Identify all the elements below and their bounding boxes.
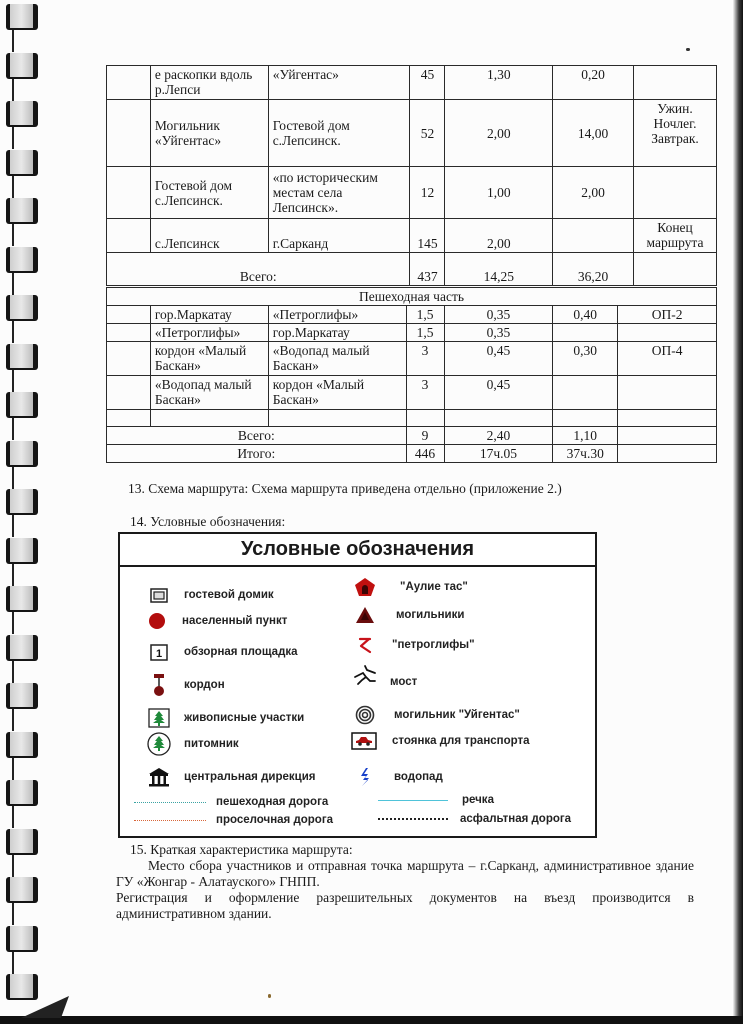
spiral-wire [12, 418, 14, 440]
cell-time-move: 2,00 [445, 100, 553, 167]
petroglyphs-icon [352, 634, 378, 656]
spiral-ring [6, 295, 38, 321]
cell-note [634, 253, 717, 286]
legend-line-dirt-road: проселочная дорога [134, 814, 333, 826]
legend-box: Условные обозначения гостевой домик насе… [118, 532, 597, 838]
cell-number [107, 376, 151, 410]
uygentas-burial-icon [352, 704, 378, 726]
cell-number [107, 100, 151, 167]
spiral-wire [12, 855, 14, 877]
cell-time-stop [553, 376, 618, 410]
cell-note: Ужин. Ночлег. Завтрак. [634, 100, 717, 167]
total-row: Итого:44617ч.0537ч.30 [107, 445, 717, 463]
cell-time-stop: 2,00 [553, 167, 634, 219]
legend-item-petroglyphs: "петроглифы" [352, 634, 475, 656]
cell-to: г.Сарканд [268, 219, 410, 253]
headquarters-icon [146, 766, 172, 788]
cell-distance: 9 [406, 427, 444, 445]
cell-time-stop: 14,00 [553, 100, 634, 167]
legend-title: Условные обозначения [120, 534, 595, 567]
cell-time-stop [553, 410, 618, 427]
spiral-wire [12, 903, 14, 925]
spiral-ring [6, 392, 38, 418]
cell-from [150, 410, 268, 427]
cell-time-move: 0,45 [444, 342, 553, 376]
spiral-ring [6, 344, 38, 370]
legend-item-aulie-tas: "Аулие тас" [352, 576, 468, 598]
spiral-wire [12, 224, 14, 246]
spiral-wire [12, 758, 14, 780]
legend-item-parking: стоянка для транспорта [350, 730, 530, 752]
spiral-binding [0, 0, 50, 1024]
legend-item-bridge: мост [352, 666, 417, 688]
cell-distance: 3 [406, 376, 444, 410]
cell-time-move: 2,40 [444, 427, 553, 445]
spiral-wire [12, 30, 14, 52]
cell-distance [406, 410, 444, 427]
cell-from: «Петроглифы» [150, 324, 268, 342]
spiral-wire [12, 952, 14, 974]
cell-note: ОП-2 [618, 306, 717, 324]
spiral-ring [6, 926, 38, 952]
cell-distance: 3 [406, 342, 444, 376]
section-15-paragraph-1: Место сбора участников и отправная точка… [116, 858, 694, 890]
page-edge-right [733, 0, 743, 1024]
cell-time-move: 2,00 [445, 219, 553, 253]
cell-note [618, 324, 717, 342]
table-row: гор.Маркатау«Петроглифы»1,50,350,40ОП-2 [107, 306, 717, 324]
legend-item-uygentas-burial: могильник "Уйгентас" [352, 704, 520, 726]
cell-subtotal-label: Всего: [107, 427, 407, 445]
spiral-ring [6, 635, 38, 661]
scenic-area-icon [146, 707, 172, 729]
section-header-row: Пешеходная часть [107, 288, 717, 306]
spiral-wire [12, 321, 14, 343]
cell-time-move: 0,45 [444, 376, 553, 410]
cell-time-stop: 36,20 [553, 253, 634, 286]
spiral-ring [6, 150, 38, 176]
table-row: Могильник «Уйгентас»Гостевой дом с.Лепси… [107, 100, 717, 167]
spiral-ring [6, 53, 38, 79]
cell-note: ОП-4 [618, 342, 717, 376]
cell-from: Могильник «Уйгентас» [150, 100, 268, 167]
cell-to: Гостевой дом с.Лепсинск. [268, 100, 410, 167]
legend-item-scenic-area: живописные участки [146, 707, 304, 729]
cell-to [268, 410, 406, 427]
spiral-ring [6, 683, 38, 709]
svg-text:1: 1 [156, 648, 162, 660]
asphalt-road-line-icon [378, 818, 448, 820]
footpath-line-icon [134, 802, 206, 803]
river-line-icon [378, 800, 448, 801]
spiral-wire [12, 273, 14, 295]
waterfall-icon [352, 766, 378, 788]
cell-number [107, 324, 151, 342]
cell-from: кордон «Малый Баскан» [150, 342, 268, 376]
cell-to: «Уйгентас» [268, 66, 410, 100]
cell-note [618, 410, 717, 427]
spiral-wire [12, 661, 14, 683]
cell-from: Гостевой дом с.Лепсинск. [150, 167, 268, 219]
spiral-ring [6, 441, 38, 467]
spiral-ring [6, 780, 38, 806]
cell-note [634, 66, 717, 100]
table-row: «Водопад малый Баскан»кордон «Малый Баск… [107, 376, 717, 410]
spiral-wire [12, 176, 14, 198]
bridge-icon [352, 666, 378, 688]
spiral-wire [12, 709, 14, 731]
table-row: Гостевой дом с.Лепсинск.«по историческим… [107, 167, 717, 219]
spiral-wire [12, 515, 14, 537]
spiral-wire [12, 79, 14, 101]
spiral-wire [12, 612, 14, 634]
table-row [107, 410, 717, 427]
subtotal-row: Всего:43714,2536,20 [107, 253, 717, 286]
spiral-wire [12, 370, 14, 392]
cell-time-move: 17ч.05 [444, 445, 553, 463]
spiral-ring [6, 538, 38, 564]
guest-house-icon [146, 584, 172, 606]
spiral-ring [6, 247, 38, 273]
spiral-wire [12, 564, 14, 586]
viewpoint-icon: 1 [146, 641, 172, 663]
cell-note [634, 167, 717, 219]
table-row: с.Лепсинскг.Сарканд1452,00Конец маршрута [107, 219, 717, 253]
section-15-heading: 15. Краткая характеристика маршрута: [130, 842, 353, 858]
cell-to: «Петроглифы» [268, 306, 406, 324]
legend-item-waterfall: водопад [352, 766, 443, 788]
cell-from: гор.Маркатау [150, 306, 268, 324]
table-row: «Петроглифы»гор.Маркатау1,50,35 [107, 324, 717, 342]
cell-time-move: 0,35 [444, 324, 553, 342]
cell-time-move [444, 410, 553, 427]
cell-distance: 52 [410, 100, 445, 167]
spiral-ring [6, 489, 38, 515]
cell-note [618, 427, 717, 445]
cell-number [107, 306, 151, 324]
parking-icon [350, 730, 378, 752]
spiral-ring [6, 198, 38, 224]
legend-item-viewpoint: 1 обзорная площадка [146, 641, 298, 663]
cell-to: кордон «Малый Баскан» [268, 376, 406, 410]
cell-from: с.Лепсинск [150, 219, 268, 253]
legend-item-cordon: кордон [146, 674, 225, 696]
cell-time-move: 14,25 [445, 253, 553, 286]
spiral-ring [6, 101, 38, 127]
cell-distance: 12 [410, 167, 445, 219]
page-edge-bottom [0, 1016, 743, 1024]
cell-note: Конец маршрута [634, 219, 717, 253]
cell-time-move: 1,00 [445, 167, 553, 219]
cell-total-label: Итого: [107, 445, 407, 463]
cell-time-stop: 0,20 [553, 66, 634, 100]
cell-time-stop [553, 219, 634, 253]
cell-number [107, 342, 151, 376]
aulie-tas-icon [352, 576, 378, 598]
cell-distance: 446 [406, 445, 444, 463]
cell-from: «Водопад малый Баскан» [150, 376, 268, 410]
section-13-text: 13. Схема маршрута: Схема маршрута приве… [128, 481, 562, 497]
legend-item-headquarters: центральная дирекция [146, 766, 315, 788]
cell-time-move: 0,35 [444, 306, 553, 324]
legend-line-asphalt-road: асфальтная дорога [378, 813, 571, 825]
spiral-ring [6, 732, 38, 758]
subtotal-row: Всего:92,401,10 [107, 427, 717, 445]
section-14-heading: 14. Условные обозначения: [130, 514, 285, 530]
dirt-road-line-icon [134, 820, 206, 821]
cell-time-stop: 1,10 [553, 427, 618, 445]
cell-distance: 1,5 [406, 306, 444, 324]
cell-number [107, 167, 151, 219]
cell-time-stop [553, 324, 618, 342]
spiral-wire [12, 467, 14, 489]
cell-time-move: 1,30 [445, 66, 553, 100]
cell-number [107, 66, 151, 100]
spiral-ring [6, 829, 38, 855]
cell-distance: 145 [410, 219, 445, 253]
pedestrian-section-title: Пешеходная часть [107, 288, 717, 306]
cell-subtotal-label: Всего: [107, 253, 410, 286]
settlement-icon [144, 610, 170, 632]
cell-number [107, 219, 151, 253]
cell-from: е раскопки вдоль р.Лепси [150, 66, 268, 100]
cell-distance: 437 [410, 253, 445, 286]
scan-speck [268, 994, 271, 998]
cell-distance: 45 [410, 66, 445, 100]
cell-number [107, 410, 151, 427]
cell-time-stop: 0,30 [553, 342, 618, 376]
legend-item-nursery: питомник [146, 733, 239, 755]
cell-time-stop: 37ч.30 [553, 445, 618, 463]
cell-distance: 1,5 [406, 324, 444, 342]
nursery-icon [146, 733, 172, 755]
legend-item-guest-house: гостевой домик [146, 584, 274, 606]
table-row: е раскопки вдоль р.Лепси«Уйгентас»451,30… [107, 66, 717, 100]
cell-time-stop: 0,40 [553, 306, 618, 324]
spiral-wire [12, 806, 14, 828]
spiral-wire [12, 127, 14, 149]
burial-mounds-icon [352, 604, 378, 626]
legend-line-footpath: пешеходная дорога [134, 796, 328, 808]
legend-item-burial-mounds: могильники [352, 604, 464, 626]
page-corner-fold [21, 996, 69, 1018]
spiral-ring [6, 586, 38, 612]
route-table: е раскопки вдоль р.Лепси«Уйгентас»451,30… [106, 65, 717, 286]
cell-to: «по историческим местам села Лепсинск». [268, 167, 410, 219]
section-15-paragraph-2: Регистрация и оформление разрешительных … [116, 890, 694, 922]
pedestrian-table: Пешеходная частьгор.Маркатау«Петроглифы»… [106, 287, 717, 463]
legend-line-river: речка [378, 794, 494, 806]
scan-speck [686, 48, 690, 51]
cell-note [618, 376, 717, 410]
cordon-icon [146, 674, 172, 696]
cell-to: гор.Маркатау [268, 324, 406, 342]
legend-item-settlement: населенный пункт [144, 610, 287, 632]
table-row: кордон «Малый Баскан»«Водопад малый Баск… [107, 342, 717, 376]
spiral-ring [6, 4, 38, 30]
spiral-ring [6, 877, 38, 903]
cell-to: «Водопад малый Баскан» [268, 342, 406, 376]
cell-note [618, 445, 717, 463]
